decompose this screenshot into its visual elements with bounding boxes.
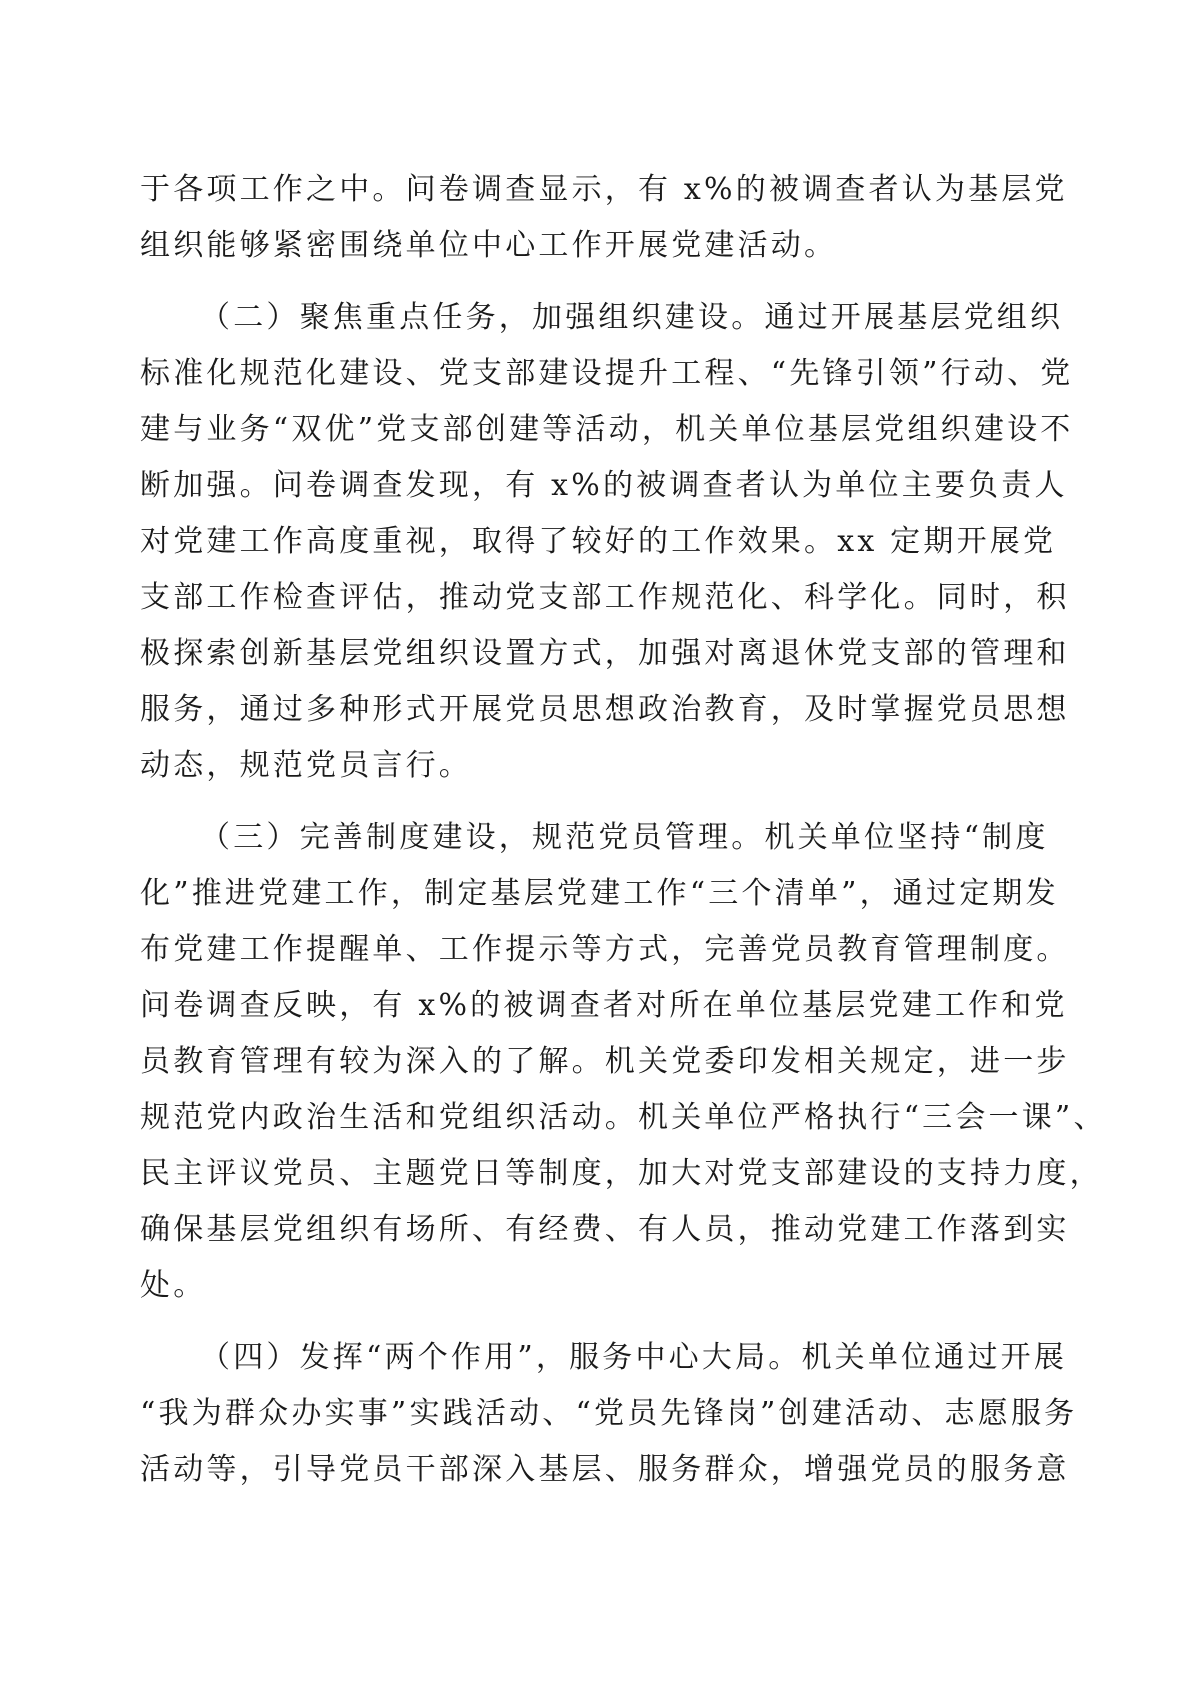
text-line: 断加强。问卷调查发现，有 x%的被调查者认为单位主要负责人 [140,466,1068,506]
text-line: 化”推进党建工作，制定基层党建工作“三个清单”，通过定期发 [140,874,1059,914]
section-heading-line: （二）聚焦重点任务，加强组织建设。通过开展基层党组织 [200,298,1063,338]
section-heading-line: （四）发挥“两个作用”，服务中心大局。机关单位通过开展 [200,1338,1067,1378]
text-line: 活动等，引导党员干部深入基层、服务群众，增强党员的服务意 [140,1450,1070,1490]
document-page: 于各项工作之中。问卷调查显示，有 x%的被调查者认为基层党 组织能够紧密围绕单位… [0,0,1190,1683]
text-line: 布党建工作提醒单、工作提示等方式，完善党员教育管理制度。 [140,930,1070,970]
text-line: 问卷调查反映，有 x%的被调查者对所在单位基层党建工作和党 [140,986,1068,1026]
text-line: 员教育管理有较为深入的了解。机关党委印发相关规定，进一步 [140,1042,1070,1082]
text-line: 处。 [140,1266,206,1306]
text-line: “我为群众办实事”实践活动、“党员先锋岗”创建活动、志愿服务 [140,1394,1077,1434]
text-line: 极探索创新基层党组织设置方式，加强对离退休党支部的管理和 [140,634,1070,674]
text-line: 于各项工作之中。问卷调查显示，有 x%的被调查者认为基层党 [140,170,1068,210]
section-heading-line: （三）完善制度建设，规范党员管理。机关单位坚持“制度 [200,818,1049,858]
text-line: 组织能够紧密围绕单位中心工作开展党建活动。 [140,226,837,266]
text-line: 建与业务“双优”党支部创建等活动，机关单位基层党组织建设不 [140,410,1073,450]
text-line: 支部工作检查评估，推动党支部工作规范化、科学化。同时，积 [140,578,1070,618]
text-line: 标准化规范化建设、党支部建设提升工程、“先锋引领”行动、党 [140,354,1073,394]
text-line: 规范党内政治生活和党组织活动。机关单位严格执行“三会一课”、 [140,1098,1107,1138]
text-line: 民主评议党员、主题党日等制度，加大对党支部建设的支持力度， [140,1154,1103,1194]
text-line: 对党建工作高度重视，取得了较好的工作效果。xx 定期开展党 [140,522,1056,562]
text-line: 服务，通过多种形式开展党员思想政治教育，及时掌握党员思想 [140,690,1070,730]
text-line: 动态，规范党员言行。 [140,746,472,786]
text-line: 确保基层党组织有场所、有经费、有人员，推动党建工作落到实 [140,1210,1070,1250]
